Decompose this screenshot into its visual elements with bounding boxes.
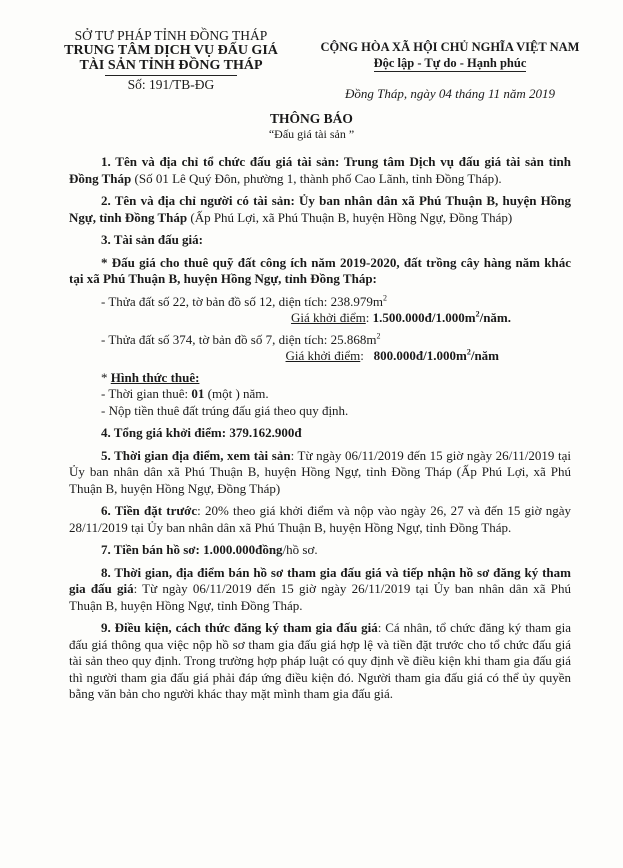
- national-motto: Độc lập - Tự do - Hạnh phúc: [374, 56, 527, 72]
- lease-term-suffix: (một ) năm.: [204, 386, 268, 401]
- parcel-1: - Thửa đất số 22, tờ bản đồ số 12, diện …: [69, 294, 571, 311]
- section-1-text: (Số 01 Lê Quý Đôn, phường 1, thành phố C…: [131, 171, 501, 186]
- section-7-heading: 7. Tiền bán hồ sơ: 1.000.000đồng: [101, 542, 283, 557]
- section-5: 5. Thời gian địa điểm, xem tài sản: Từ n…: [69, 448, 571, 498]
- section-2-text: (Ấp Phú Lợi, xã Phú Thuận B, huyện Hồng …: [187, 210, 512, 225]
- parcel-1-desc: - Thửa đất số 22, tờ bản đồ số 12, diện …: [101, 294, 383, 309]
- section-7: 7. Tiền bán hồ sơ: 1.000.000đồng/hồ sơ.: [69, 542, 571, 559]
- section-8-text: : Từ ngày 06/11/2019 đến 15 giờ ngày 26/…: [69, 581, 571, 613]
- parcel-1-area-sup: 2: [383, 293, 387, 302]
- asset-description-text: * Đấu giá cho thuê quỹ đất công ích năm …: [69, 255, 571, 287]
- section-9: 9. Điều kiện, cách thức đăng ký tham gia…: [69, 620, 571, 703]
- document-subtitle: “Đấu giá tài sản ”: [0, 127, 623, 142]
- parcel-1-price: Giá khởi điểm: 1.500.000đ/1.000m2/năm.: [69, 310, 571, 327]
- section-6: 6. Tiền đặt trước: 20% theo giá khởi điể…: [69, 503, 571, 536]
- lease-heading: * Hình thức thuê:: [69, 370, 571, 387]
- document-title: THÔNG BÁO: [0, 111, 623, 127]
- parcel-1-price-label: Giá khởi điểm: [291, 310, 366, 325]
- parcel-2-area-sup: 2: [376, 331, 380, 340]
- document-body: 1. Tên và địa chỉ tổ chức đấu giá tài sả…: [69, 154, 571, 709]
- parcel-2-price-label: Giá khởi điểm: [286, 348, 361, 363]
- parcel-2-desc: - Thửa đất số 374, tờ bản đồ số 7, diện …: [101, 332, 376, 347]
- parcel-2-price-value: 800.000đ/1.000m: [374, 348, 467, 363]
- section-8: 8. Thời gian, địa điểm bán hồ sơ tham gi…: [69, 565, 571, 615]
- section-4-text: 4. Tổng giá khởi điểm: 379.162.900đ: [101, 425, 302, 440]
- parcel-1-price-value: 1.500.000đ/1.000m: [373, 310, 476, 325]
- section-6-heading: 6. Tiền đặt trước: [101, 503, 197, 518]
- parcel-2-price-unit: /năm: [471, 348, 499, 363]
- national-title: CỘNG HÒA XÃ HỘI CHỦ NGHĨA VIỆT NAM: [290, 40, 610, 55]
- section-4: 4. Tổng giá khởi điểm: 379.162.900đ: [69, 425, 571, 442]
- header-divider: [105, 75, 237, 76]
- lease-term-prefix: - Thời gian thuê:: [101, 386, 191, 401]
- document-date: Đồng Tháp, ngày 04 tháng 11 năm 2019: [290, 86, 610, 101]
- agency-name-line1: TRUNG TÂM DỊCH VỤ ĐẤU GIÁ: [60, 43, 282, 58]
- parcel-1-price-unit: /năm.: [480, 310, 511, 325]
- section-9-heading: 9. Điều kiện, cách thức đăng ký tham gia…: [101, 620, 378, 635]
- issuing-agency-header: SỞ TƯ PHÁP TỈNH ĐỒNG THÁP TRUNG TÂM DỊCH…: [60, 28, 282, 92]
- section-2: 2. Tên và địa chỉ người có tài sản: Ủy b…: [69, 193, 571, 226]
- asset-description: * Đấu giá cho thuê quỹ đất công ích năm …: [69, 255, 571, 288]
- lease-heading-text: Hình thức thuê:: [111, 370, 200, 385]
- lease-payment: - Nộp tiền thuê đất trúng đấu giá theo q…: [69, 403, 571, 420]
- section-7-text: /hồ sơ.: [283, 542, 318, 557]
- lease-term-value: 01: [191, 386, 204, 401]
- agency-name-line2: TÀI SẢN TỈNH ĐỒNG THÁP: [60, 58, 282, 73]
- parcel-2: - Thửa đất số 374, tờ bản đồ số 7, diện …: [69, 332, 571, 349]
- national-header: CỘNG HÒA XÃ HỘI CHỦ NGHĨA VIỆT NAM Độc l…: [290, 40, 610, 101]
- parcel-2-price: Giá khởi điểm: 800.000đ/1.000m2/năm: [69, 348, 571, 365]
- lease-term: - Thời gian thuê: 01 (một ) năm.: [69, 386, 571, 403]
- document-number: Số: 191/TB-ĐG: [60, 77, 282, 92]
- section-3-heading: 3. Tài sản đấu giá:: [69, 232, 571, 249]
- section-3-heading-text: 3. Tài sản đấu giá:: [101, 232, 203, 247]
- lease-heading-prefix: *: [101, 370, 111, 385]
- section-1: 1. Tên và địa chỉ tổ chức đấu giá tài sả…: [69, 154, 571, 187]
- parent-agency: SỞ TƯ PHÁP TỈNH ĐỒNG THÁP: [60, 28, 282, 43]
- document-page: SỞ TƯ PHÁP TỈNH ĐỒNG THÁP TRUNG TÂM DỊCH…: [0, 0, 623, 868]
- section-5-heading: 5. Thời gian địa điểm, xem tài sản: [101, 448, 291, 463]
